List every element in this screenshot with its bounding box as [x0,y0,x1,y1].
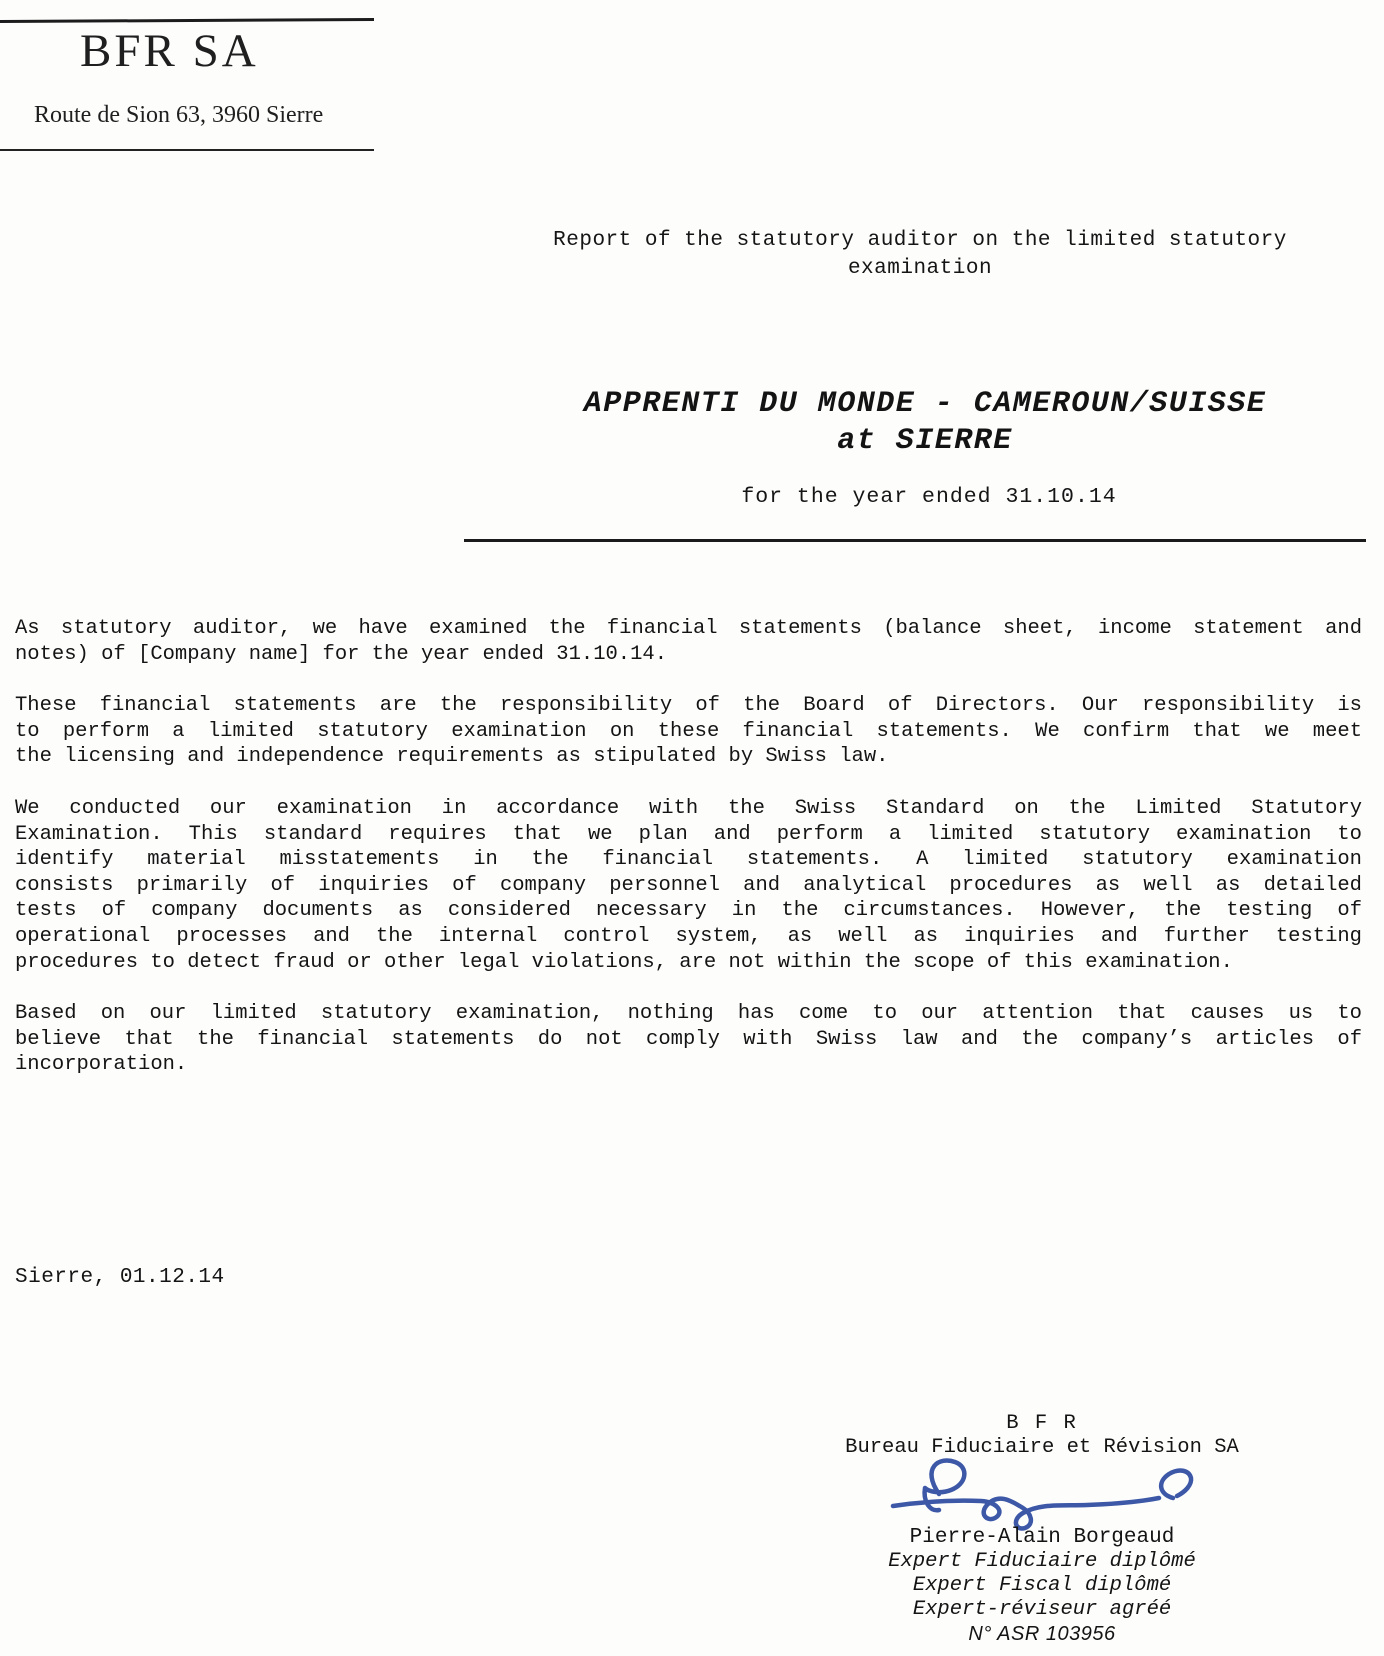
body-line: identify material misstatements in the f… [15,847,1362,873]
body-line: tests of company documents as considered… [15,898,1362,924]
report-title: Report of the statutory auditor on the l… [456,227,1384,283]
body-line: Based on our limited statutory examinati… [15,1001,1362,1027]
report-title-line1: Report of the statutory auditor on the l… [456,227,1384,255]
body-paragraph: As statutory auditor, we have examined t… [15,616,1362,667]
handwritten-signature-ink [877,1454,1207,1532]
subject-company-name: APPRENTI DU MONDE - CAMEROUN/SUISSE [460,386,1384,423]
subject-company-location: at SIERRE [460,423,1384,460]
body-line: Examination. This standard requires that… [15,822,1362,848]
signature-company-abbr: B F R [762,1412,1322,1436]
signature-company-name: Bureau Fiduciaire et Révision SA [762,1436,1322,1460]
signatory-title-1: Expert Fiduciaire diplômé [762,1550,1322,1574]
body-line: believe that the financial statements do… [15,1027,1362,1053]
body-line: procedures to detect fraud or other lega… [15,950,1362,976]
body-line: consists primarily of inquiries of compa… [15,873,1362,899]
company-letterhead-name: BFR SA [80,24,259,78]
body-line: We conducted our examination in accordan… [15,796,1362,822]
asr-registration-number: N° ASR 103956 [762,1622,1322,1646]
signatory-title-2: Expert Fiscal diplômé [762,1574,1322,1598]
signatory-title-3: Expert-réviseur agréé [762,1598,1322,1622]
company-letterhead-address: Route de Sion 63, 3960 Sierre [34,102,323,129]
body-paragraph: These financial statements are the respo… [15,693,1362,770]
period-underline-rule [464,539,1366,542]
scanned-audit-report-page: BFR SA Route de Sion 63, 3960 Sierre Rep… [0,0,1384,1656]
body-line: These financial statements are the respo… [15,693,1362,719]
body-line: As statutory auditor, we have examined t… [15,616,1362,642]
body-paragraph: We conducted our examination in accordan… [15,796,1362,975]
body-line: incorporation. [15,1052,1362,1078]
signatory-name: Pierre-Alain Borgeaud [762,1526,1322,1550]
letterhead-bottom-rule [0,149,374,151]
signature-block: B F R Bureau Fiduciaire et Révision SA P… [762,1412,1322,1646]
body-paragraph: Based on our limited statutory examinati… [15,1001,1362,1078]
body-line: operational processes and the internal c… [15,924,1362,950]
body-line: the licensing and independence requireme… [15,744,1362,770]
letterhead-top-rule [0,18,374,23]
letter-body: As statutory auditor, we have examined t… [15,616,1362,1104]
body-line: notes) of [Company name] for the year en… [15,642,1362,668]
subject-period: for the year ended 31.10.14 [464,485,1384,509]
body-line: to perform a limited statutory examinati… [15,719,1362,745]
place-and-date: Sierre, 01.12.14 [15,1266,225,1289]
report-title-line2: examination [456,255,1384,283]
subject-company: APPRENTI DU MONDE - CAMEROUN/SUISSE at S… [460,386,1384,460]
